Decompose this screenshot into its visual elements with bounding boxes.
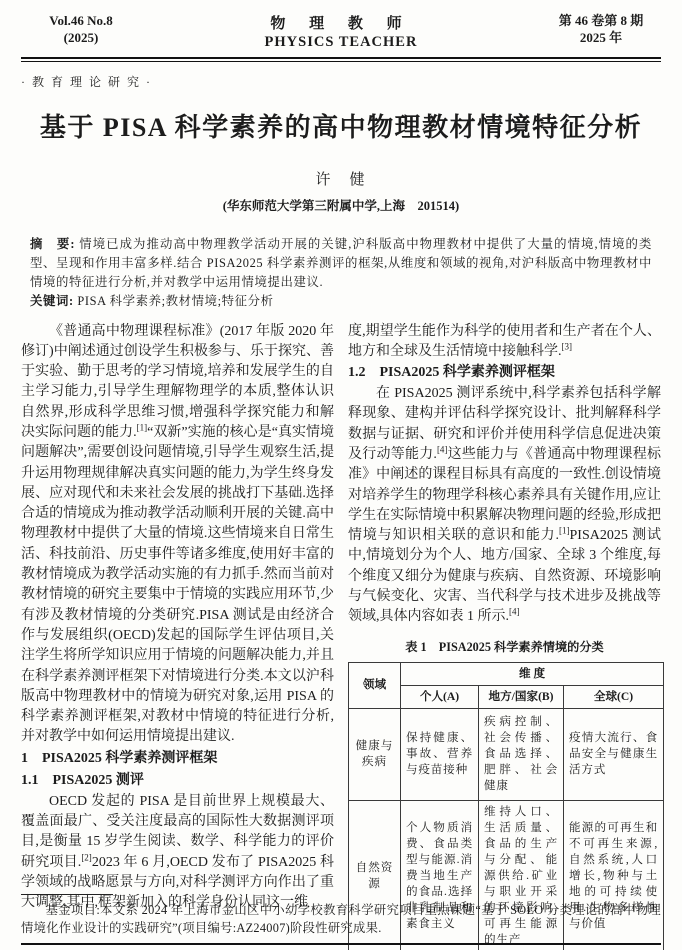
abstract-text: 情境已成为推动高中物理教学活动开展的关键,沪科版高中物理教材中提供了大量的情境,… <box>30 237 652 289</box>
author-affiliation: (华东师范大学第三附属中学,上海 201514) <box>21 196 661 214</box>
cell-health-global: 疫情大流行、食品安全与健康生活方式 <box>564 708 664 800</box>
subsection-heading-1-2: 1.2 PISA2025 科学素养测评框架 <box>348 362 661 384</box>
table-row-health: 健康与疾病 保持健康、事故、营养与疫苗接种 疾病控制、社会传播、食品选择、肥胖、… <box>349 708 664 800</box>
paragraph-framework: 在 PISA2025 测评系统中,科学素养包括科学解释现象、建构并评估科学探究设… <box>348 384 661 628</box>
paragraph-pisa-right: 度,期望学生能作为科学的使用者和生产者在个人、地方和全球及生活情境中接触科学.[… <box>348 322 661 363</box>
journal-volume-block: Vol.46 No.8 (2025) <box>21 12 141 46</box>
journal-issue: 第 46 卷第 8 期 <box>541 12 661 29</box>
footnote-text: 基金项目:本文系 2024 年上海市金山区中小幼学校教育科学研究项目重点课题“基… <box>21 902 661 937</box>
dimension-header-cell: 维 度 <box>401 662 664 685</box>
domain-cell-health: 健康与疾病 <box>349 708 401 800</box>
body-columns: 《普通高中物理课程标准》(2017 年版 2020 年修订)中阐述通过创设学生积… <box>21 322 661 950</box>
footnote-divider <box>21 894 113 895</box>
footnote-block: 基金项目:本文系 2024 年上海市金山区中小幼学校教育科学研究项目重点课题“基… <box>21 894 661 945</box>
journal-title-block: 物 理 教 师 PHYSICS TEACHER <box>141 12 541 51</box>
cell-health-personal: 保持健康、事故、营养与疫苗接种 <box>401 708 479 800</box>
journal-volume: Vol.46 No.8 <box>21 12 141 29</box>
keywords-label: 关键词: <box>30 294 74 308</box>
right-column: 度,期望学生能作为科学的使用者和生产者在个人、地方和全球及生活情境中接触科学.[… <box>348 322 661 950</box>
cell-health-local: 疾病控制、社会传播、食品选择、肥胖、社会健康 <box>479 708 564 800</box>
journal-title-cn: 物 理 教 师 <box>141 12 541 33</box>
page-bottom-rule <box>21 943 661 945</box>
journal-issue-block: 第 46 卷第 8 期 2025 年 <box>541 12 661 46</box>
header-divider <box>21 57 661 62</box>
domain-header-cell: 领域 <box>349 662 401 708</box>
paragraph-intro: 《普通高中物理课程标准》(2017 年版 2020 年修订)中阐述通过创设学生积… <box>21 322 334 748</box>
left-column: 《普通高中物理课程标准》(2017 年版 2020 年修订)中阐述通过创设学生积… <box>21 322 334 950</box>
paper-page: Vol.46 No.8 (2025) 物 理 教 师 PHYSICS TEACH… <box>0 0 682 950</box>
keywords-text: PISA 科学素养;教材情境;特征分析 <box>77 294 273 308</box>
abstract-label: 摘 要: <box>30 237 75 251</box>
abstract-block: 摘 要: 情境已成为推动高中物理教学活动开展的关键,沪科版高中物理教材中提供了大… <box>30 235 652 292</box>
keywords-block: 关键词: PISA 科学素养;教材情境;特征分析 <box>30 292 652 311</box>
col-header-personal: 个人(A) <box>401 685 479 708</box>
paper-title: 基于 PISA 科学素养的高中物理教材情境特征分析 <box>21 107 661 144</box>
journal-year: (2025) <box>21 29 141 46</box>
section-heading-1: 1 PISA2025 科学素养测评框架 <box>21 748 334 770</box>
author-name: 许 健 <box>21 168 661 189</box>
col-header-local-national: 地方/国家(B) <box>479 685 564 708</box>
column-category-label: · 教 育 理 论 研 究 · <box>21 73 661 90</box>
col-header-global: 全球(C) <box>564 685 664 708</box>
table-caption: 表 1 PISA2025 科学素养情境的分类 <box>348 637 661 657</box>
journal-header: Vol.46 No.8 (2025) 物 理 教 师 PHYSICS TEACH… <box>21 12 661 51</box>
subsection-heading-1-1: 1.1 PISA2025 测评 <box>21 770 334 792</box>
journal-issue-year: 2025 年 <box>541 29 661 46</box>
journal-title-en: PHYSICS TEACHER <box>141 34 541 51</box>
